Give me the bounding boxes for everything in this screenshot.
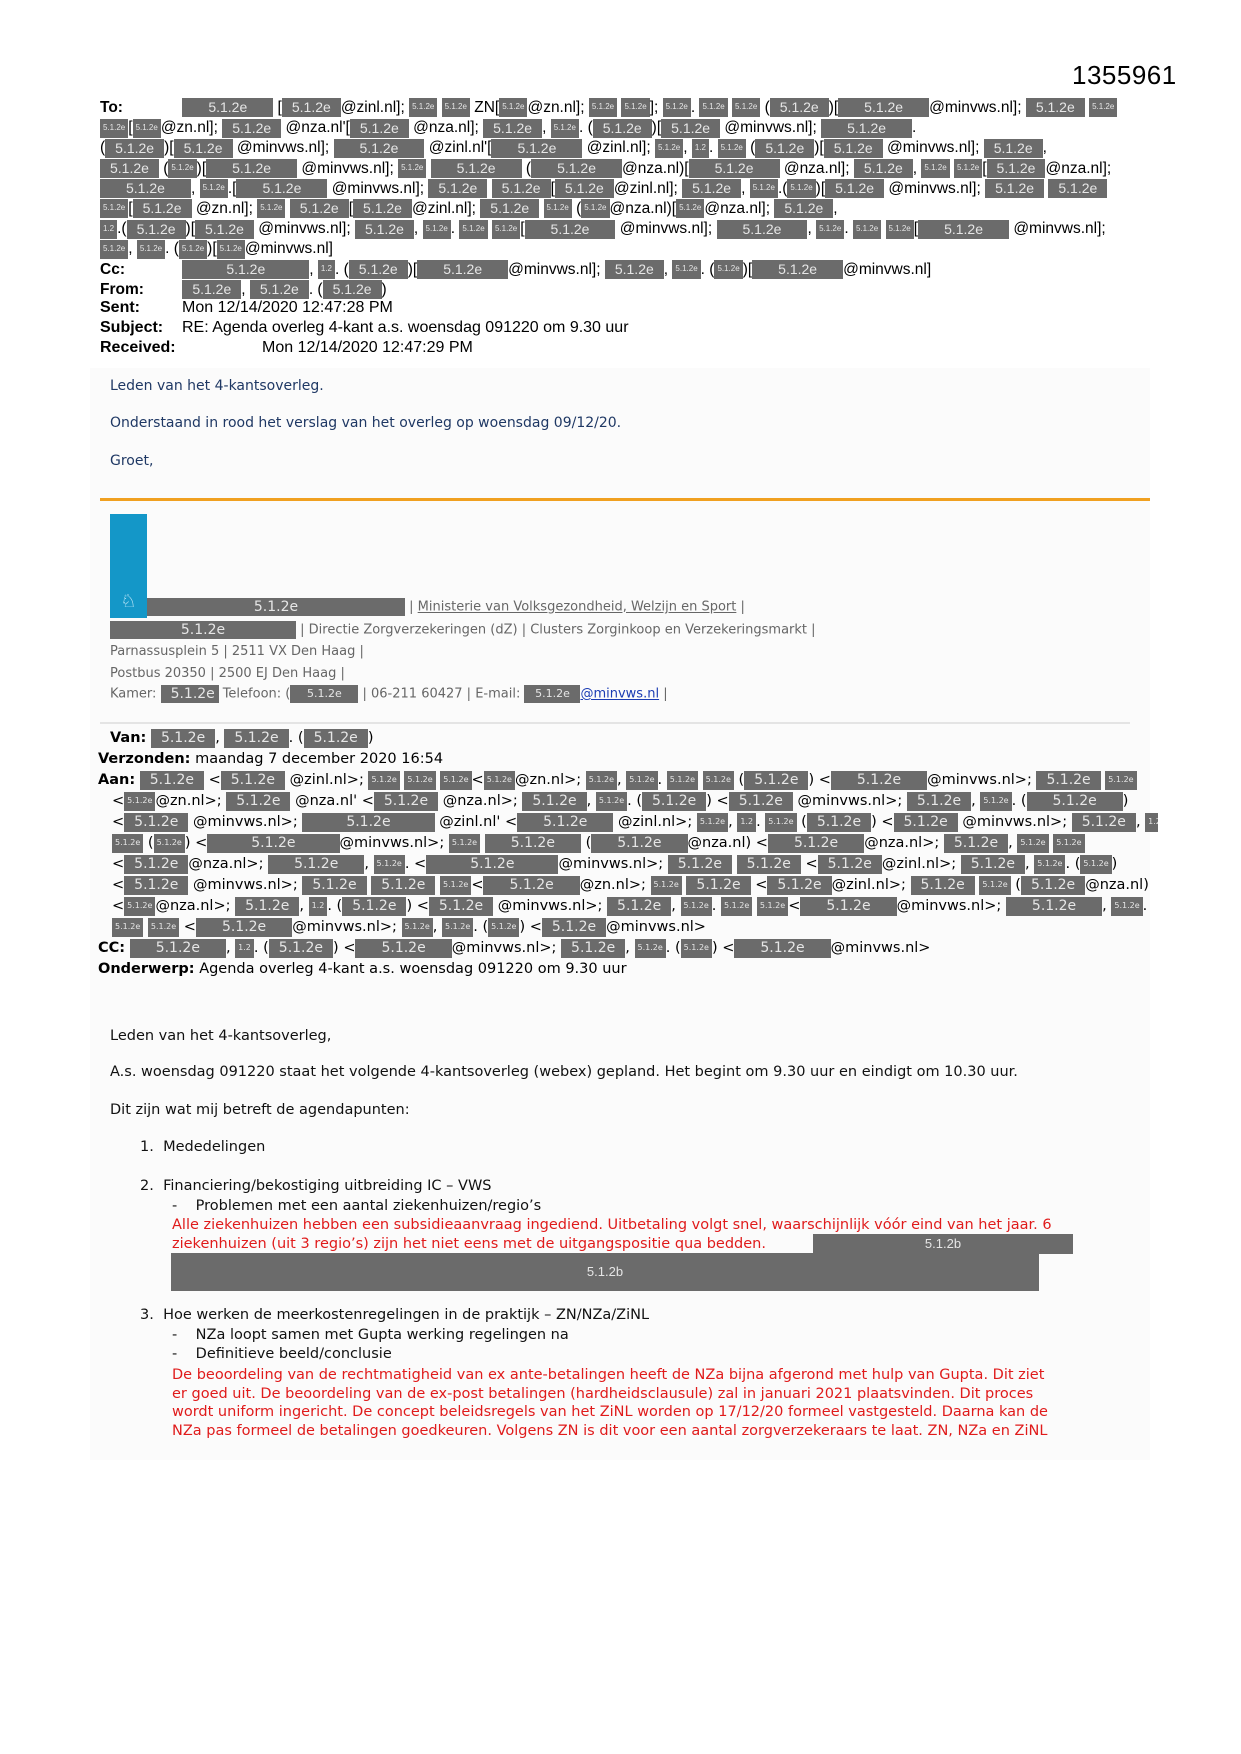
bullet-text: Problemen met een aantal ziekenhuizen/re… [196, 1198, 542, 1214]
domain-text: @zinl.nl] [341, 99, 401, 116]
redaction: 5.1.2e [768, 834, 864, 853]
redaction: 5.1.2e [1080, 855, 1111, 874]
verzonden-label: Verzonden: [98, 751, 190, 767]
redaction: 5.1.2e [635, 939, 666, 958]
redaction: 5.1.2e [154, 834, 185, 853]
aan-line-2: <5.1.2e@zn.nl>; 5.1.2e @nza.nl' <5.1.2e … [98, 791, 1158, 812]
domain-text: @minvws.nl] [237, 139, 325, 156]
redaction: 5.1.2e [1017, 834, 1048, 853]
domain-text: @minvws.nl>; [292, 919, 397, 935]
redaction: 1.2 [235, 939, 254, 958]
inner-intro: A.s. woensdag 091220 staat het volgende … [110, 1064, 1018, 1080]
to-line-4: 5.1.2e (5.1.2e)[5.1.2e @minvws.nl]; 5.1.… [100, 159, 1140, 179]
signature-address-2: Postbus 20350 | 2500 EJ Den Haag | [110, 666, 345, 681]
redaction: 5.1.2e [770, 98, 829, 117]
redaction: 5.1.2e [765, 813, 796, 832]
domain-text: @minvws.nl>; [927, 772, 1032, 788]
redaction: 5.1.2e [290, 685, 358, 703]
domain-text: @nza.nl] [704, 200, 765, 217]
agenda-item-title: Hoe werken de meerkostenregelingen in de… [163, 1307, 649, 1323]
redaction: 5.1.2e [140, 771, 204, 790]
redaction: 5.1.2e [561, 939, 625, 958]
email-link[interactable]: @minvws.nl [580, 687, 659, 702]
redaction: 5.1.2e [182, 260, 309, 279]
domain-text: @nza.nl'[ [285, 119, 349, 136]
aan-line-1: Aan: 5.1.2e <5.1.2e @zinl.nl>; 5.1.2e 5.… [98, 770, 1158, 791]
redaction: 1.2 [309, 897, 328, 916]
agenda-item-1: 1. Mededelingen [140, 1139, 265, 1155]
redaction: 5.1.2e [732, 98, 760, 117]
redaction: 5.1.2e [596, 792, 627, 811]
redaction: 5.1.2e [442, 98, 470, 117]
redaction: 5.1.2e [429, 897, 493, 916]
domain-text: @zn.nl>; [155, 793, 221, 809]
redaction: 5.1.2e [1048, 179, 1107, 198]
redaction: 5.1.2e [224, 729, 288, 748]
redaction: 5.1.2e [551, 119, 579, 138]
redaction: 5.1.2e [110, 621, 296, 639]
redaction: 5.1.2e [524, 685, 580, 703]
redaction: 5.1.2e [816, 220, 844, 239]
outer-meta: Sent:Mon 12/14/2020 12:47:28 PM Subject:… [100, 298, 629, 359]
redaction: 5.1.2e [349, 260, 408, 279]
domain-text: @minvws.nl] [724, 119, 812, 136]
domain-text: @nza.nl)[ [622, 160, 689, 177]
redaction: 5.1.2e [681, 897, 712, 916]
domain-text: @minvws.nl>; [897, 898, 1002, 914]
redaction: 5.1.2e [1111, 897, 1142, 916]
redaction: 5.1.2e [133, 119, 161, 138]
from-label: From: [100, 280, 178, 300]
domain-text: @minvws.nl> [831, 940, 931, 956]
bullet-text: Definitieve beeld/conclusie [196, 1346, 392, 1362]
redaction: 5.1.2e [825, 179, 884, 198]
domain-text: @minvws.nl] [888, 180, 976, 197]
domain-text: @zn.nl] [196, 200, 249, 217]
domain-text: @zinl.nl' < [439, 814, 517, 830]
redaction: 1.2 [692, 139, 709, 158]
redaction: 5.1.2e [589, 98, 617, 117]
redaction: 5.1.2e [137, 240, 165, 259]
redaction: 5.1.2e [371, 876, 435, 895]
redaction: 5.1.2e [676, 199, 704, 218]
agenda-item-3-notes: De beoordeling van de rechtmatigheid van… [172, 1366, 1132, 1440]
crown-crest-icon: ♘ [115, 590, 142, 612]
to-line-1: To: 5.1.2e [5.1.2e@zinl.nl]; 5.1.2e 5.1.… [100, 98, 1140, 118]
domain-text: @minvws.nl] [332, 180, 420, 197]
redaction: 5.1.2e [100, 240, 128, 259]
domain-text: @zinl.nl'[ [429, 139, 492, 156]
verzonden-value: maandag 7 december 2020 16:54 [195, 751, 443, 767]
redaction: 5.1.2e [148, 918, 179, 937]
redaction: 5.1.2e [987, 159, 1046, 178]
redaction: 5.1.2e [268, 855, 364, 874]
redaction: 5.1.2e [236, 179, 327, 198]
redaction: 5.1.2e [807, 813, 871, 832]
redaction: 5.1.2e [431, 159, 522, 178]
to-line-2: 5.1.2e[5.1.2e@zn.nl]; 5.1.2e @nza.nl'[5.… [100, 118, 1140, 138]
document-number: 1355961 [1072, 60, 1177, 91]
domain-text: @nza.nl' < [295, 793, 374, 809]
redaction: 5.1.2e [774, 199, 833, 218]
domain-text: @zinl.nl] [614, 180, 674, 197]
redaction: 5.1.2e [222, 119, 281, 138]
redaction: 5.1.2e [105, 139, 164, 158]
redaction: 1.2 [1145, 813, 1158, 832]
redaction: 5.1.2e [196, 918, 292, 937]
redaction: 5.1.2e [1053, 834, 1084, 853]
domain-text: @minvws.nl>; [962, 814, 1067, 830]
redaction: 5.1.2e [621, 98, 649, 117]
domain-text: @minvws.nl>; [498, 898, 603, 914]
redaction: 5.1.2e [182, 98, 273, 117]
domain-text: @minvws.nl>; [193, 877, 298, 893]
redaction: 5.1.2e [853, 220, 881, 239]
domain-text: @minvws.nl>; [558, 856, 663, 872]
notes-line: er goed uit. De beoordeling van de ex-po… [172, 1385, 1132, 1404]
redaction: 5.1.2e [423, 220, 451, 239]
bullet-text: NZa loopt samen met Gupta werking regeli… [196, 1327, 569, 1343]
redaction: 5.1.2e [729, 792, 793, 811]
redaction: 5.1.2e [531, 159, 622, 178]
redaction: 5.1.2e [124, 792, 155, 811]
redaction: 5.1.2e [200, 179, 228, 198]
redaction: 5.1.2e [480, 199, 539, 218]
redaction: 5.1.2e [522, 792, 586, 811]
outer-to-block: To: 5.1.2e [5.1.2e@zinl.nl]; 5.1.2e 5.1.… [100, 98, 1140, 300]
verzonden-line: Verzonden: maandag 7 december 2020 16:54 [98, 749, 1158, 770]
onderwerp-line: Onderwerp: Agenda overleg 4-kant a.s. wo… [98, 959, 1158, 980]
domain-text: @nza.nl>; [188, 856, 263, 872]
redaction: 5.1.2e [302, 813, 434, 832]
domain-text: @zinl.nl>; [882, 856, 956, 872]
redaction: 5.1.2e [821, 119, 912, 138]
separator-line [100, 498, 1150, 501]
domain-text: @minvws.nl>; [452, 940, 557, 956]
agenda-item-2: 2. Financiering/bekostiging uitbreiding … [140, 1178, 491, 1194]
redaction: 5.1.2e [302, 876, 366, 895]
domain-text: @zinl.nl] [587, 139, 647, 156]
redaction: 5.1.2e [112, 918, 143, 937]
redaction: 5.1.2e [1072, 813, 1136, 832]
subject-label: Subject: [100, 318, 182, 338]
notes-line: De beoordeling van de rechtmatigheid van… [172, 1366, 1132, 1385]
redaction: 5.1.2e [428, 179, 487, 198]
domain-text: @minvws.nl>; [340, 835, 445, 851]
zn-text: ZN[ [474, 99, 499, 116]
redaction: 5.1.2e [544, 199, 572, 218]
redaction: 5.1.2e [133, 199, 192, 218]
outer-body-line: Onderstaand in rood het verslag van het … [110, 415, 621, 431]
van-label: Van: [110, 730, 146, 746]
to-line-5: 5.1.2e, 5.1.2e.[5.1.2e @minvws.nl]; 5.1.… [100, 179, 1140, 199]
redaction: 5.1.2e [651, 876, 682, 895]
redaction: 5.1.2e [886, 220, 914, 239]
redaction: 5.1.2e [409, 98, 437, 117]
redaction: 5.1.2e [342, 897, 406, 916]
domain-text: @minvws.nl] [620, 220, 708, 237]
domain-text: @minvws.nl> [606, 919, 706, 935]
domain-text: @minvws.nl] [843, 261, 931, 278]
subject-value: RE: Agenda overleg 4-kant a.s. woensdag … [182, 319, 629, 336]
redaction: 5.1.2e [206, 159, 297, 178]
domain-text: @nza.nl] [413, 119, 474, 136]
redaction: 5.1.2e [355, 939, 451, 958]
redaction: 5.1.2e [985, 179, 1044, 198]
redaction: 5.1.2e [703, 771, 734, 790]
redaction: 5.1.2e [593, 119, 652, 138]
redaction: 5.1.2e [374, 792, 438, 811]
domain-text: @zinl.nl>; [832, 877, 906, 893]
domain-text: @nza.nl>; [443, 793, 518, 809]
redaction: 5.1.2e [226, 792, 290, 811]
redaction: 5.1.2e [525, 220, 616, 239]
redaction: 5.1.2e [350, 119, 409, 138]
redaction: 5.1.2e [686, 876, 750, 895]
outer-closing: Groet, [110, 453, 153, 469]
redaction: 5.1.2e [1006, 897, 1102, 916]
redaction: 5.1.2e [607, 897, 671, 916]
redaction: 5.1.2e [368, 771, 399, 790]
cc-line: Cc: 5.1.2e, 1.2. (5.1.2e)[5.1.2e@minvws.… [100, 260, 1140, 280]
redaction: 1.2 [100, 220, 117, 239]
redaction: 5.1.2e [824, 139, 883, 158]
redaction: 5.1.2e [921, 159, 949, 178]
domain-text: @minvws.nl>; [193, 814, 298, 830]
inner-greeting: Leden van het 4-kantsoverleg, [110, 1028, 331, 1044]
redaction: 5.1.2e [752, 260, 843, 279]
redaction: 5.1.2e [492, 179, 551, 198]
signature-address-1: Parnassusplein 5 | 2511 VX Den Haag | [110, 644, 364, 659]
redaction: 5.1.2e [124, 876, 188, 895]
cc-label: Cc: [100, 260, 178, 280]
outer-greeting: Leden van het 4-kantsoverleg. [110, 378, 324, 394]
aan-label: Aan: [98, 772, 135, 788]
redaction: 5.1.2e [555, 179, 614, 198]
agenda-item-3: 3. Hoe werken de meerkostenregelingen in… [140, 1307, 649, 1323]
agenda-item-number: 2. [140, 1178, 154, 1194]
redaction: 5.1.2e [672, 260, 700, 279]
redaction: 5.1.2e [195, 220, 254, 239]
redaction: 5.1.2e [944, 834, 1008, 853]
agenda-intro: Dit zijn wat mij betreft de agendapunten… [110, 1102, 410, 1118]
van-line: Van: 5.1.2e, 5.1.2e. (5.1.2e) [98, 728, 1158, 749]
domain-text: @zn.nl>; [515, 772, 581, 788]
redaction: 5.1.2e [591, 834, 687, 853]
redaction: 5.1.2e [918, 220, 1009, 239]
redaction: 5.1.2e [250, 280, 309, 299]
redaction: 5.1.2e [1036, 771, 1100, 790]
redaction: 5.1.2e [499, 98, 527, 117]
redaction: 5.1.2e [488, 918, 519, 937]
inner-cc-label: CC: [98, 940, 125, 956]
redaction-block: 5.1.2b [171, 1253, 1039, 1291]
sent-value: Mon 12/14/2020 12:47:28 PM [182, 299, 393, 316]
redaction: 5.1.2e [767, 876, 831, 895]
agenda-item-title: Financiering/bekostiging uitbreiding IC … [163, 1178, 491, 1194]
domain-text: @nza.nl] [1045, 160, 1106, 177]
redaction: 5.1.2e [112, 834, 143, 853]
telefoon-label: Telefoon: ( [223, 687, 291, 702]
redaction: 5.1.2e [100, 159, 159, 178]
aan-line-3: <5.1.2e @minvws.nl>; 5.1.2e @zinl.nl' <5… [98, 812, 1158, 833]
redaction: 5.1.2e [127, 220, 186, 239]
redaction: 5.1.2e [269, 939, 333, 958]
domain-text: @zn.nl] [527, 99, 580, 116]
redaction: 5.1.2e [217, 240, 245, 259]
aan-line-5: <5.1.2e@nza.nl>; 5.1.2e, 5.1.2e. <5.1.2e… [98, 854, 1158, 875]
redaction: 5.1.2e [737, 855, 801, 874]
to-line-7: 1.2.(5.1.2e)[5.1.2e @minvws.nl]; 5.1.2e,… [100, 219, 1140, 239]
redaction-block: 5.1.2b [813, 1234, 1073, 1254]
redaction: 5.1.2e [682, 179, 741, 198]
domain-text: @nza.nl) < [688, 835, 768, 851]
redaction: 5.1.2e [334, 139, 425, 158]
domain-text: @nza.nl>; [155, 898, 230, 914]
to-line-6: 5.1.2e[5.1.2e @zn.nl]; 5.1.2e 5.1.2e[5.1… [100, 199, 1140, 219]
domain-text: @zn.nl] [161, 119, 214, 136]
notes-line: NZa pas formeel de betalingen goedkeuren… [172, 1422, 1132, 1441]
aan-line-4: 5.1.2e (5.1.2e) <5.1.2e@minvws.nl>; 5.1.… [98, 833, 1158, 854]
domain-text: @minvws.nl] [258, 220, 346, 237]
redaction: 5.1.2e [282, 98, 341, 117]
ministry-link[interactable]: Ministerie van Volksgezondheid, Welzijn … [418, 600, 737, 615]
redaction: 5.1.2e [459, 220, 487, 239]
redaction: 5.1.2e [402, 918, 433, 937]
domain-text: @minvws.nl] [301, 160, 389, 177]
redaction: 5.1.2e [854, 159, 913, 178]
redaction: 5.1.2e [718, 139, 746, 158]
redaction: 5.1.2e [721, 897, 752, 916]
redaction: 5.1.2e [440, 876, 471, 895]
domain-text: @zn.nl>; [580, 877, 646, 893]
redaction: 5.1.2e [323, 280, 382, 299]
redaction: 5.1.2e [818, 855, 882, 874]
received-value: Mon 12/14/2020 12:47:29 PM [262, 339, 473, 356]
domain-text: @minvws.nl] [1013, 220, 1101, 237]
redaction: 5.1.2e [304, 729, 368, 748]
redaction: 5.1.2e [1089, 98, 1117, 117]
redaction: 5.1.2e [374, 855, 405, 874]
redaction: 5.1.2e [257, 199, 285, 218]
redaction: 5.1.2e [894, 813, 958, 832]
redaction: 5.1.2e [661, 119, 720, 138]
redaction: 5.1.2e [1026, 98, 1085, 117]
redaction: 5.1.2e [182, 280, 241, 299]
redaction: 5.1.2e [484, 771, 515, 790]
redaction: 5.1.2e [581, 199, 609, 218]
redaction: 5.1.2e [517, 813, 613, 832]
redaction: 5.1.2e [961, 855, 1025, 874]
redaction: 5.1.2e [130, 939, 226, 958]
redaction: 5.1.2e [179, 240, 207, 259]
domain-text: @minvws.nl] [929, 99, 1017, 116]
redaction: 5.1.2e [714, 260, 742, 279]
redaction: 5.1.2e [124, 897, 155, 916]
domain-text: @minvws.nl>; [798, 793, 903, 809]
redaction: 5.1.2e [626, 771, 657, 790]
redaction: 5.1.2e [984, 139, 1043, 158]
domain-text: @zinl.nl>; [618, 814, 692, 830]
aan-line-8: 5.1.2e 5.1.2e <5.1.2e@minvws.nl>; 5.1.2e… [98, 917, 1158, 938]
domain-text: @minvws.nl] [887, 139, 975, 156]
redaction: 5.1.2e [755, 139, 814, 158]
redaction: 5.1.2e [207, 834, 339, 853]
redaction: 5.1.2e [426, 855, 558, 874]
redaction: 1.2 [318, 260, 335, 279]
agenda-item-title: Mededelingen [163, 1139, 265, 1155]
redaction: 5.1.2e [404, 771, 435, 790]
notes-line: Alle ziekenhuizen hebben een subsidieaan… [172, 1216, 1132, 1235]
redaction: 5.1.2e [980, 792, 1011, 811]
redaction: 1.2 [737, 813, 756, 832]
redaction: 5.1.2e [979, 876, 1010, 895]
redaction: 5.1.2e [1027, 792, 1123, 811]
redaction: 5.1.2e [787, 179, 815, 198]
redaction: 5.1.2e [290, 199, 349, 218]
agenda-item-number: 3. [140, 1307, 154, 1323]
domain-text: @zinl.nl>; [290, 772, 364, 788]
redaction: 5.1.2e [663, 98, 691, 117]
domain-text: @nza.nl) [1085, 877, 1149, 893]
redaction: 5.1.2e [655, 139, 683, 158]
redaction: 5.1.2e [586, 771, 617, 790]
domain-text: @nza.nl)[ [610, 200, 677, 217]
redaction: 5.1.2e [449, 834, 480, 853]
redaction: 5.1.2e [174, 139, 233, 158]
redaction: 5.1.2e [221, 771, 285, 790]
redaction: 5.1.2e [100, 119, 128, 138]
onderwerp-value: Agenda overleg 4-kant a.s. woensdag 0912… [199, 961, 626, 977]
redaction: 5.1.2e [689, 159, 780, 178]
redaction: 5.1.2e [750, 179, 778, 198]
redaction: 5.1.2e [147, 598, 405, 616]
redaction: 5.1.2e [838, 98, 929, 117]
redaction: 5.1.2e [485, 834, 581, 853]
redaction: 5.1.2e [681, 939, 712, 958]
redaction: 5.1.2e [667, 771, 698, 790]
department-text: Directie Zorgverzekeringen (dZ) | Cluste… [309, 623, 816, 638]
domain-text: @nza.nl>; [864, 835, 939, 851]
agenda-item-3-bullet-2: - Definitieve beeld/conclusie [172, 1346, 392, 1362]
inner-header: Van: 5.1.2e, 5.1.2e. (5.1.2e) Verzonden:… [98, 728, 1158, 980]
aan-line-6: <5.1.2e @minvws.nl>; 5.1.2e 5.1.2e 5.1.2… [98, 875, 1158, 896]
redaction: 5.1.2e [642, 792, 706, 811]
redaction: 5.1.2e [483, 119, 542, 138]
sent-label: Sent: [100, 298, 182, 318]
redaction: 5.1.2e [491, 139, 582, 158]
redaction: 5.1.2e [954, 159, 982, 178]
aan-line-7: <5.1.2e@nza.nl>; 5.1.2e, 1.2. (5.1.2e) <… [98, 896, 1158, 917]
redaction: 5.1.2e [800, 897, 896, 916]
header-divider [100, 722, 1130, 724]
redaction: 5.1.2e [605, 260, 664, 279]
from-line: From: 5.1.2e, 5.1.2e. (5.1.2e) [100, 280, 1140, 300]
redaction: 5.1.2e [442, 918, 473, 937]
redaction: 5.1.2e [717, 220, 808, 239]
redaction: 5.1.2e [757, 897, 788, 916]
redaction: 5.1.2e [124, 855, 188, 874]
redaction: 5.1.2e [100, 179, 191, 198]
redaction: 5.1.2e [168, 159, 196, 178]
redaction: 5.1.2e [355, 220, 414, 239]
inner-cc-line: CC: 5.1.2e, 1.2. (5.1.2e) <5.1.2e@minvws… [98, 938, 1158, 959]
redaction: 5.1.2e [161, 685, 219, 703]
domain-text: @zinl.nl] [412, 200, 472, 217]
signature-line-2: 5.1.2e | Directie Zorgverzekeringen (dZ)… [110, 621, 816, 639]
redaction: 5.1.2e [831, 771, 927, 790]
domain-text: @minvws.nl] [245, 240, 333, 257]
